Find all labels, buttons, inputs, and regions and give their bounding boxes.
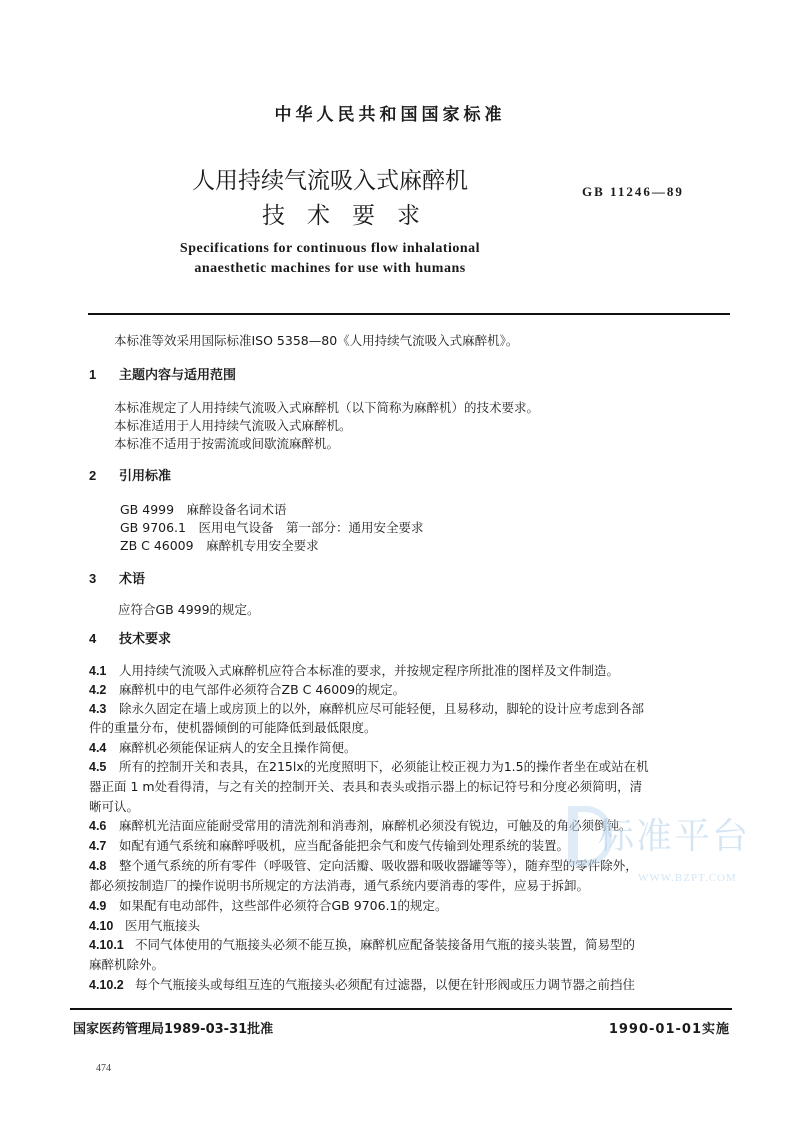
approval-note: 国家医药管理局1989-03-31批准: [73, 1018, 273, 1037]
clause-number: 4.1: [89, 664, 119, 678]
clause-text: 人用持续气流吸入式麻醉机应符合本标准的要求，并按规定程序所批准的图样及文件制造。: [119, 663, 619, 678]
clause-4-10-1-continued: 麻醉机除外。: [89, 955, 164, 973]
effective-date: 1990-01-01实施: [609, 1018, 730, 1037]
reference-item: ZB C 46009 麻醉机专用安全要求: [120, 536, 319, 554]
clause-text: 整个通气系统的所有零件（呼吸管、定向活瓣、吸收器和吸收器罐等等），随弃型的零件除…: [119, 858, 638, 873]
intro-paragraph: 本标准等效采用国际标准ISO 5358—80《人用持续气流吸入式麻醉机》。: [114, 331, 518, 349]
section-number: 4: [89, 631, 119, 646]
clause-number: 4.7: [89, 839, 119, 853]
section-title: 术语: [119, 572, 145, 587]
clause-number: 4.5: [89, 760, 119, 774]
clause-4-5-continued: 晰可认。: [89, 797, 139, 815]
clause-text: 麻醉机必须能保证病人的安全且操作简便。: [119, 740, 357, 755]
clause-4-9: 4.9如果配有电动部件，这些部件必须符合GB 9706.1的规定。: [89, 896, 447, 914]
section-title: 技术要求: [119, 632, 171, 647]
clause-4-10: 4.10医用气瓶接头: [89, 916, 200, 934]
standard-number: GB 11246—89: [582, 184, 684, 200]
section-number: 2: [89, 468, 119, 483]
clause-text: 如果配有电动部件，这些部件必须符合GB 9706.1的规定。: [119, 898, 447, 913]
reference-item: GB 4999 麻醉设备名词术语: [120, 500, 287, 518]
clause-text: 医用气瓶接头: [125, 918, 200, 933]
country-standard-label: 中华人民共和国国家标准: [70, 100, 710, 125]
clause-number: 4.10.1: [89, 938, 135, 952]
clause-4-10-2: 4.10.2每个气瓶接头或每组互连的气瓶接头必须配有过滤器，以便在针形阀或压力调…: [89, 975, 635, 993]
clause-4-4: 4.4麻醉机必须能保证病人的安全且操作简便。: [89, 738, 357, 756]
section-title: 引用标准: [119, 469, 171, 484]
watermark-url: WWW.BZPT.COM: [638, 872, 737, 884]
clause-4-6: 4.6麻醉机光洁面应能耐受常用的清洗剂和消毒剂，麻醉机必须没有锐边，可触及的角必…: [89, 816, 632, 834]
title-cn-line1: 人用持续气流吸入式麻醉机: [90, 162, 570, 195]
clause-text: 除永久固定在墙上或房顶上的以外，麻醉机应尽可能轻便，且易移动，脚轮的设计应考虑到…: [119, 701, 644, 716]
clause-4-3: 4.3除永久固定在墙上或房顶上的以外，麻醉机应尽可能轻便，且易移动，脚轮的设计应…: [89, 699, 644, 717]
clause-4-10-1: 4.10.1不同气体使用的气瓶接头必须不能互换，麻醉机应配备装接备用气瓶的接头装…: [89, 935, 635, 953]
page-number: 474: [96, 1063, 111, 1074]
section-1-paragraph: 本标准适用于人用持续气流吸入式麻醉机。: [114, 416, 352, 434]
clause-text: 所有的控制开关和表具，在215lx的光度照明下，必须能让校正视力为1.5的操作者…: [119, 759, 649, 774]
clause-number: 4.6: [89, 819, 119, 833]
section-1-paragraph: 本标准不适用于按需流或间歇流麻醉机。: [114, 434, 339, 452]
clause-text: 麻醉机光洁面应能耐受常用的清洗剂和消毒剂，麻醉机必须没有锐边，可触及的角必须倒钝…: [119, 818, 632, 833]
clause-text: 麻醉机中的电气部件必须符合ZB C 46009的规定。: [119, 682, 405, 697]
clause-4-1: 4.1人用持续气流吸入式麻醉机应符合本标准的要求，并按规定程序所批准的图样及文件…: [89, 661, 619, 679]
clause-number: 4.10.2: [89, 978, 135, 992]
clause-4-5-continued: 器正面 1 m处看得清，与之有关的控制开关、表具和表头或指示器上的标记符号和分度…: [89, 777, 642, 795]
watermark-text: 标准平台: [598, 808, 750, 859]
footer-divider: [70, 1008, 732, 1010]
clause-4-5: 4.5所有的控制开关和表具，在215lx的光度照明下，必须能让校正视力为1.5的…: [89, 757, 649, 775]
section-3-paragraph: 应符合GB 4999的规定。: [118, 600, 260, 618]
section-number: 3: [89, 571, 119, 586]
clause-4-8-continued: 都必须按制造厂的操作说明书所规定的方法消毒，通气系统内要消毒的零件，应易于拆卸。: [89, 876, 589, 894]
title-en-line1: Specifications for continuous flow inhal…: [90, 241, 570, 257]
section-title: 主题内容与适用范围: [119, 368, 236, 383]
clause-number: 4.4: [89, 741, 119, 755]
clause-4-8: 4.8整个通气系统的所有零件（呼吸管、定向活瓣、吸收器和吸收器罐等等），随弃型的…: [89, 856, 638, 874]
clause-4-7: 4.7如配有通气系统和麻醉呼吸机，应当配备能把余气和废气传输到处理系统的装置。: [89, 836, 569, 854]
section-number: 1: [89, 367, 119, 382]
clause-number: 4.8: [89, 859, 119, 873]
clause-number: 4.3: [89, 702, 119, 716]
reference-item: GB 9706.1 医用电气设备 第一部分：通用安全要求: [120, 518, 423, 536]
header-divider: [88, 313, 730, 315]
clause-4-3-continued: 件的重量分布，使机器倾倒的可能降低到最低限度。: [89, 718, 377, 736]
clause-text: 如配有通气系统和麻醉呼吸机，应当配备能把余气和废气传输到处理系统的装置。: [119, 838, 569, 853]
section-3-heading: 3术语: [89, 568, 145, 587]
section-2-heading: 2引用标准: [89, 465, 171, 484]
section-1-heading: 1主题内容与适用范围: [89, 364, 236, 383]
clause-text: 不同气体使用的气瓶接头必须不能互换，麻醉机应配备装接备用气瓶的接头装置，简易型的: [135, 937, 635, 952]
clause-number: 4.10: [89, 919, 125, 933]
section-4-heading: 4技术要求: [89, 628, 171, 647]
title-en-line2: anaesthetic machines for use with humans: [90, 261, 570, 277]
clause-number: 4.9: [89, 899, 119, 913]
title-cn-line2: 技术要求: [90, 197, 592, 230]
clause-number: 4.2: [89, 683, 119, 697]
section-1-paragraph: 本标准规定了人用持续气流吸入式麻醉机（以下简称为麻醉机）的技术要求。: [114, 398, 539, 416]
clause-4-2: 4.2麻醉机中的电气部件必须符合ZB C 46009的规定。: [89, 680, 405, 698]
clause-text: 每个气瓶接头或每组互连的气瓶接头必须配有过滤器，以便在针形阀或压力调节器之前挡住: [135, 977, 635, 992]
